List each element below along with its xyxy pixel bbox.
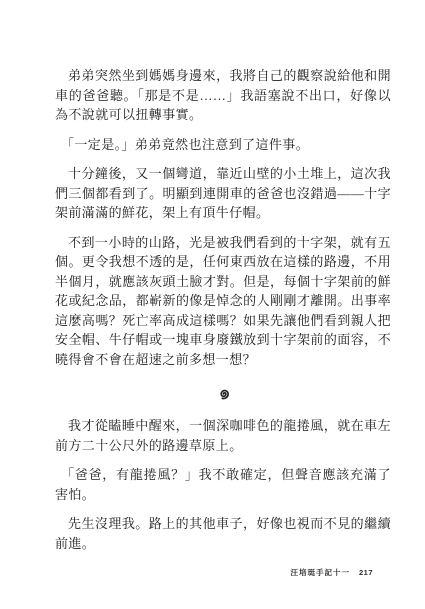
page-footer: 汪培珽手記十一217 bbox=[290, 567, 373, 578]
book-page: 弟弟突然坐到媽媽身邊來，我將自己的觀察說給他和開車的爸爸聽。「那是不是……」我語… bbox=[0, 0, 425, 609]
paragraph: 弟弟突然坐到媽媽身邊來，我將自己的觀察說給他和開車的爸爸聽。「那是不是……」我語… bbox=[55, 66, 391, 125]
page-number: 217 bbox=[359, 568, 373, 577]
paragraph-dialogue: 「一定是。」弟弟竟然也注意到了這件事。 bbox=[55, 135, 391, 155]
tornado-spiral-icon bbox=[216, 385, 231, 402]
paragraph: 先生沒理我。路上的其他車子，好像也視而不見的繼續前進。 bbox=[55, 514, 391, 553]
book-title: 汪培珽手記十一 bbox=[290, 568, 350, 577]
paragraph: 十分鐘後，又一個彎道，靠近山壁的小土堆上，這次我們三個都看到了。明顯到連開車的爸… bbox=[55, 164, 391, 223]
section-break bbox=[55, 385, 391, 401]
paragraph-dialogue: 「爸爸，有龍捲風？」我不敢確定，但聲音應該充滿了害怕。 bbox=[55, 465, 391, 504]
paragraph: 我才從瞌睡中醒來，一個深咖啡色的龍捲風，就在車左前方二十公尺外的路邊草原上。 bbox=[55, 416, 391, 455]
body-text: 弟弟突然坐到媽媽身邊來，我將自己的觀察說給他和開車的爸爸聽。「那是不是……」我語… bbox=[55, 66, 391, 563]
paragraph: 不到一小時的山路，光是被我們看到的十字架，就有五個。更令我想不透的是，任何東西放… bbox=[55, 233, 391, 370]
